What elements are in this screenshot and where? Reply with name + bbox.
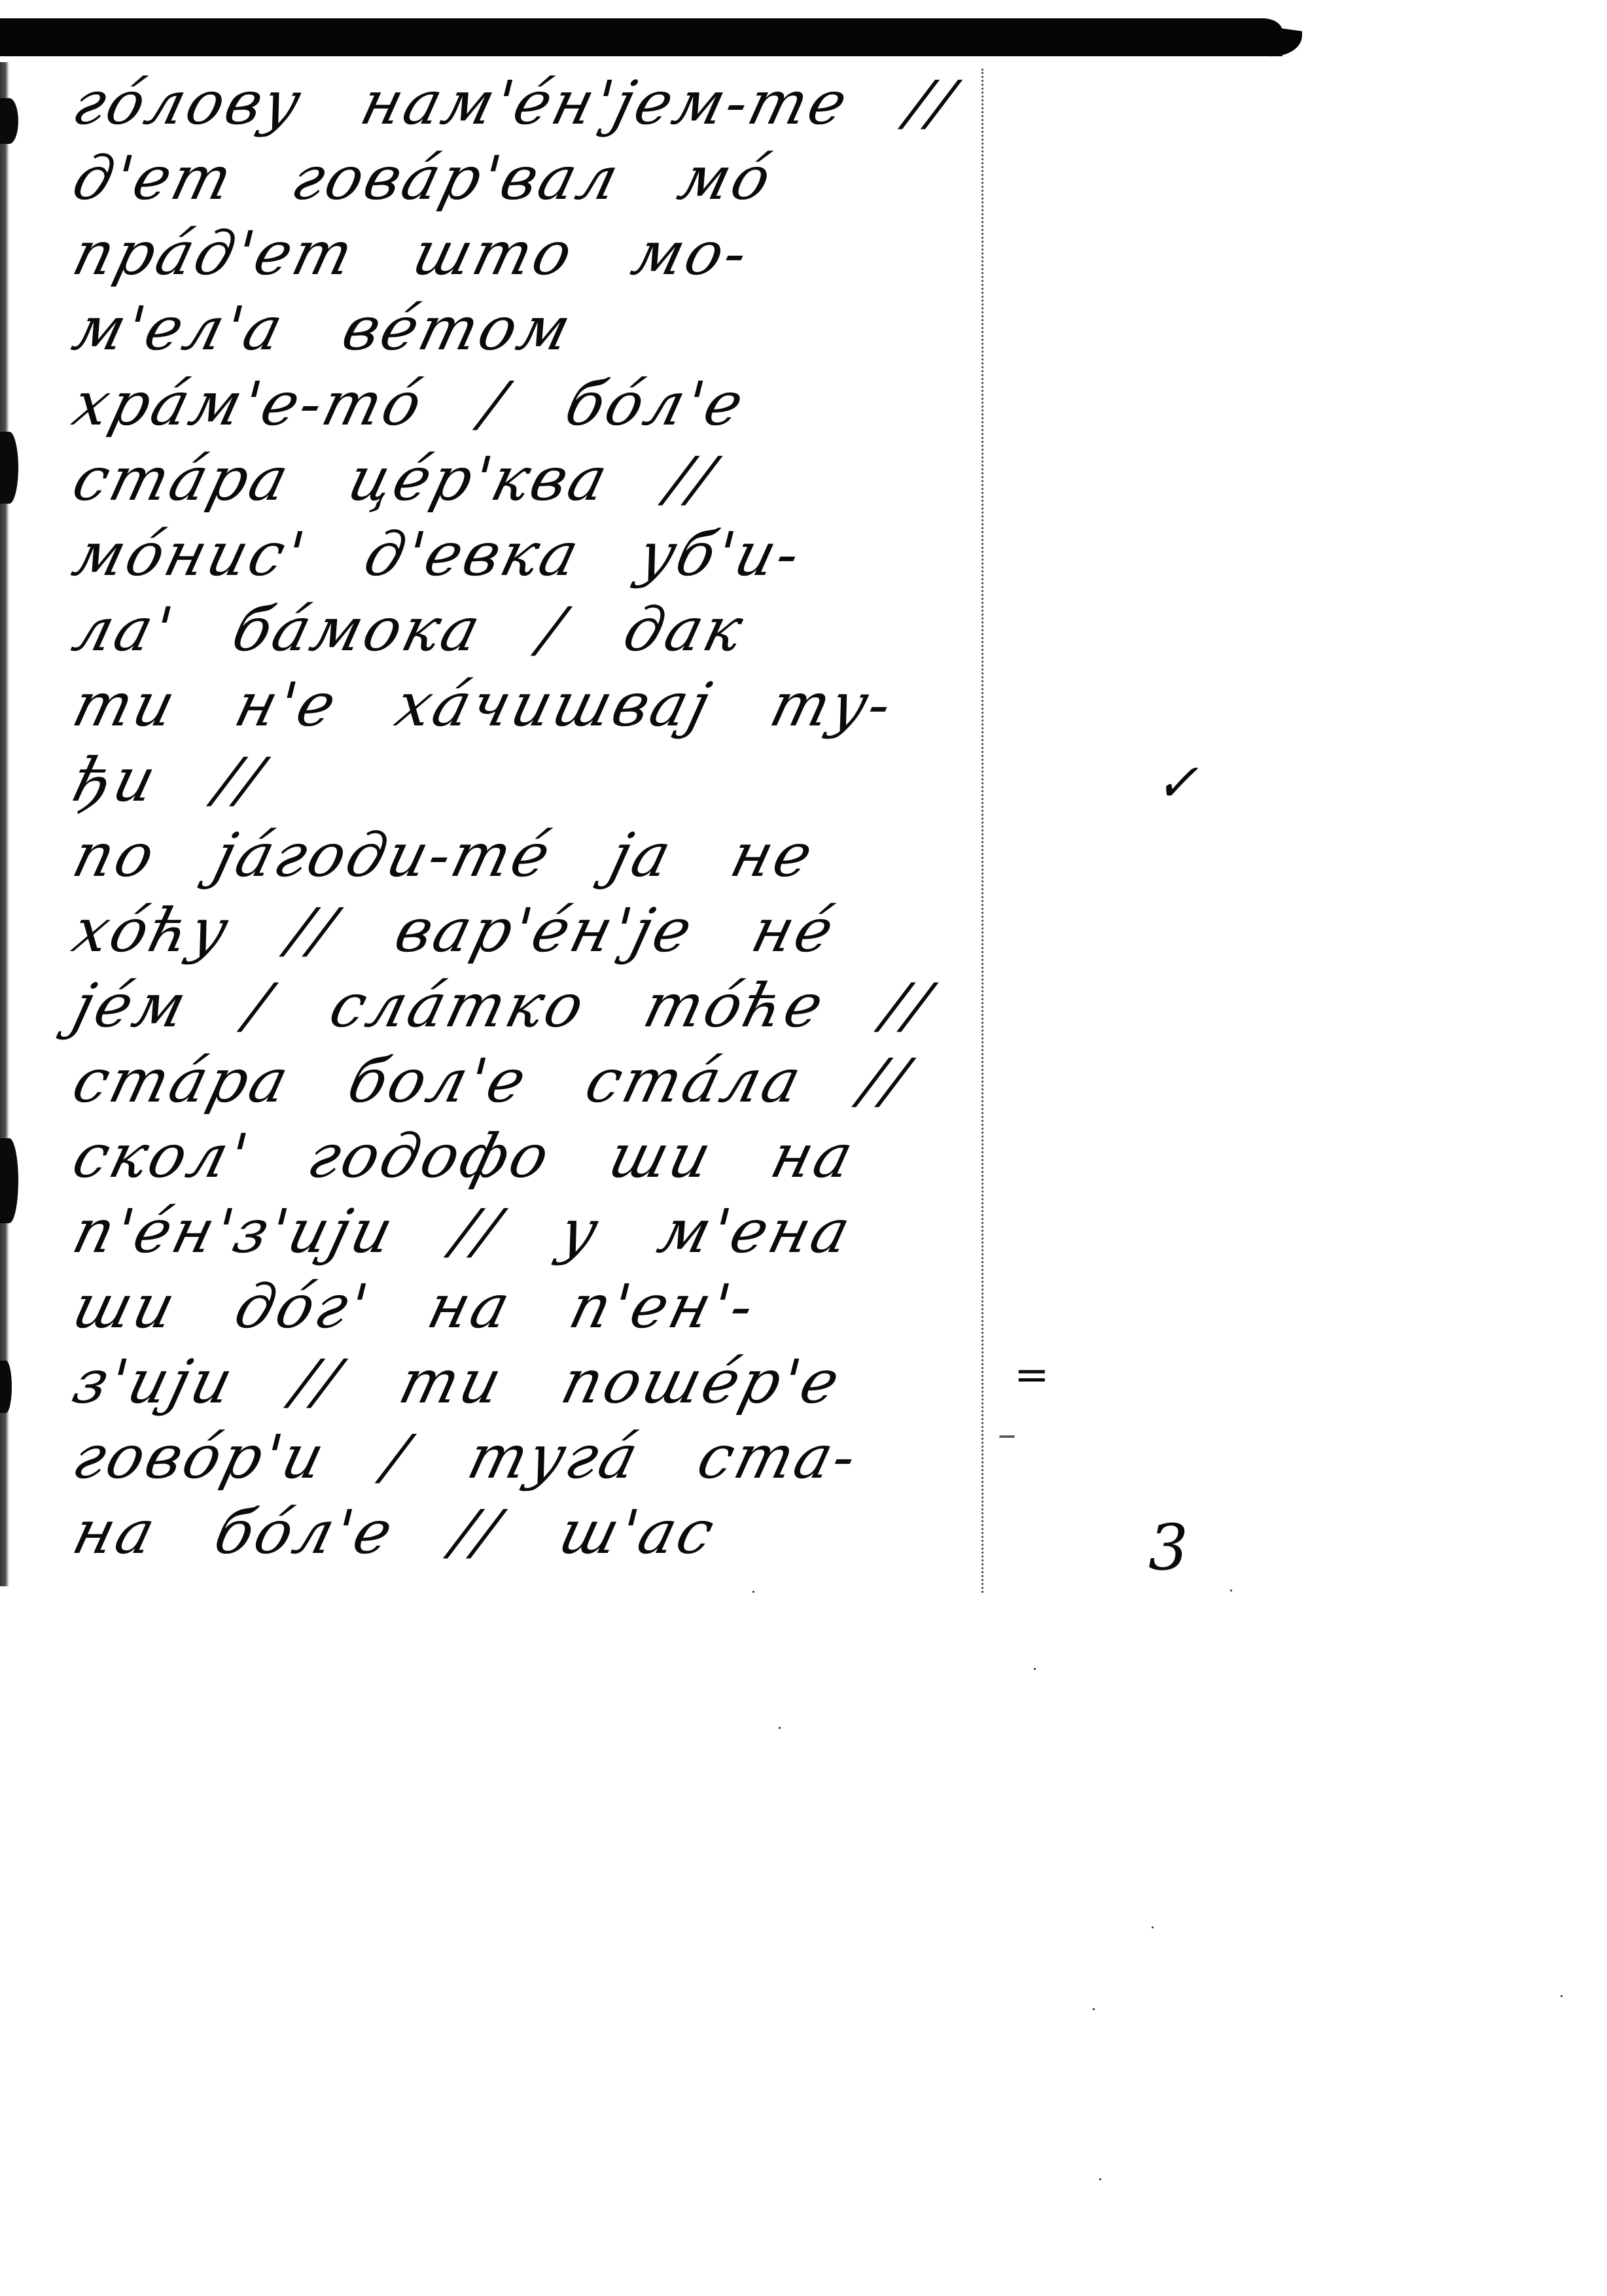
margin-dash-mark: –	[998, 1413, 1016, 1455]
scan-top-edge-band	[0, 18, 1282, 56]
scan-speck	[1561, 1995, 1563, 1997]
handwritten-line: је́м / сла́тко то́ће //	[65, 968, 940, 1043]
handwritten-line: хра́м'е-то́ / бо́л'е	[65, 366, 753, 442]
handwritten-line: гово́р'и / туга́ ста-	[65, 1419, 866, 1495]
scan-speck	[1034, 1668, 1036, 1670]
page-number: 3	[1148, 1511, 1188, 1584]
handwritten-line: ста́ра це́р'ква //	[65, 442, 724, 517]
handwritten-line: ста́ра бол'е ста́ла //	[65, 1043, 918, 1119]
handwritten-line: го́лову нам'е́н'јем-те //	[65, 65, 964, 141]
scan-speck	[752, 1591, 754, 1593]
scan-speck	[1093, 2008, 1095, 2010]
binding-blot	[0, 1138, 18, 1223]
handwritten-line: скол' годофо ши на	[65, 1119, 863, 1194]
handwritten-line: д'ет гова́р'вал мо́	[65, 141, 781, 216]
handwritten-line: ши до́г' на п'ен'-	[65, 1269, 764, 1344]
handwritten-line: ђи //	[65, 742, 273, 818]
scan-speck	[1099, 2178, 1101, 2180]
handwritten-line: пра́д'ет што мо-	[65, 216, 758, 291]
scan-speck	[1152, 1926, 1154, 1928]
binding-shadow	[0, 62, 9, 1586]
handwritten-line: ла' ба́мока / дак	[65, 592, 753, 667]
handwritten-line: на бо́л'е // ш'ас	[65, 1495, 724, 1570]
handwritten-line: ти н'е ха́чишвај ту-	[65, 667, 902, 742]
handwritten-line: з'ији // ти поше́р'е	[65, 1344, 849, 1419]
margin-equals-mark: =	[1014, 1351, 1050, 1399]
scan-speck	[1230, 1590, 1232, 1592]
binding-blot	[0, 432, 18, 504]
checkmark-icon: ✓	[1155, 752, 1199, 813]
handwritten-line: хо́ћу // вар'е́н'је не́	[65, 893, 843, 968]
handwritten-line: м'ел'а ве́том	[65, 291, 581, 366]
handwritten-line: мо́нис' д'евка уб'и-	[65, 517, 810, 592]
handwritten-line: п'е́н'з'ији // у м'ена	[65, 1194, 860, 1269]
binding-blot	[0, 98, 18, 144]
scan-speck	[779, 1727, 781, 1729]
handwritten-line: по ја́годи-те́ ја не	[65, 818, 822, 893]
margin-fold-line	[981, 69, 983, 1593]
scanned-page: го́лову нам'е́н'јем-те // д'ет гова́р'ва…	[0, 0, 1607, 2296]
binding-blot	[0, 1361, 12, 1413]
